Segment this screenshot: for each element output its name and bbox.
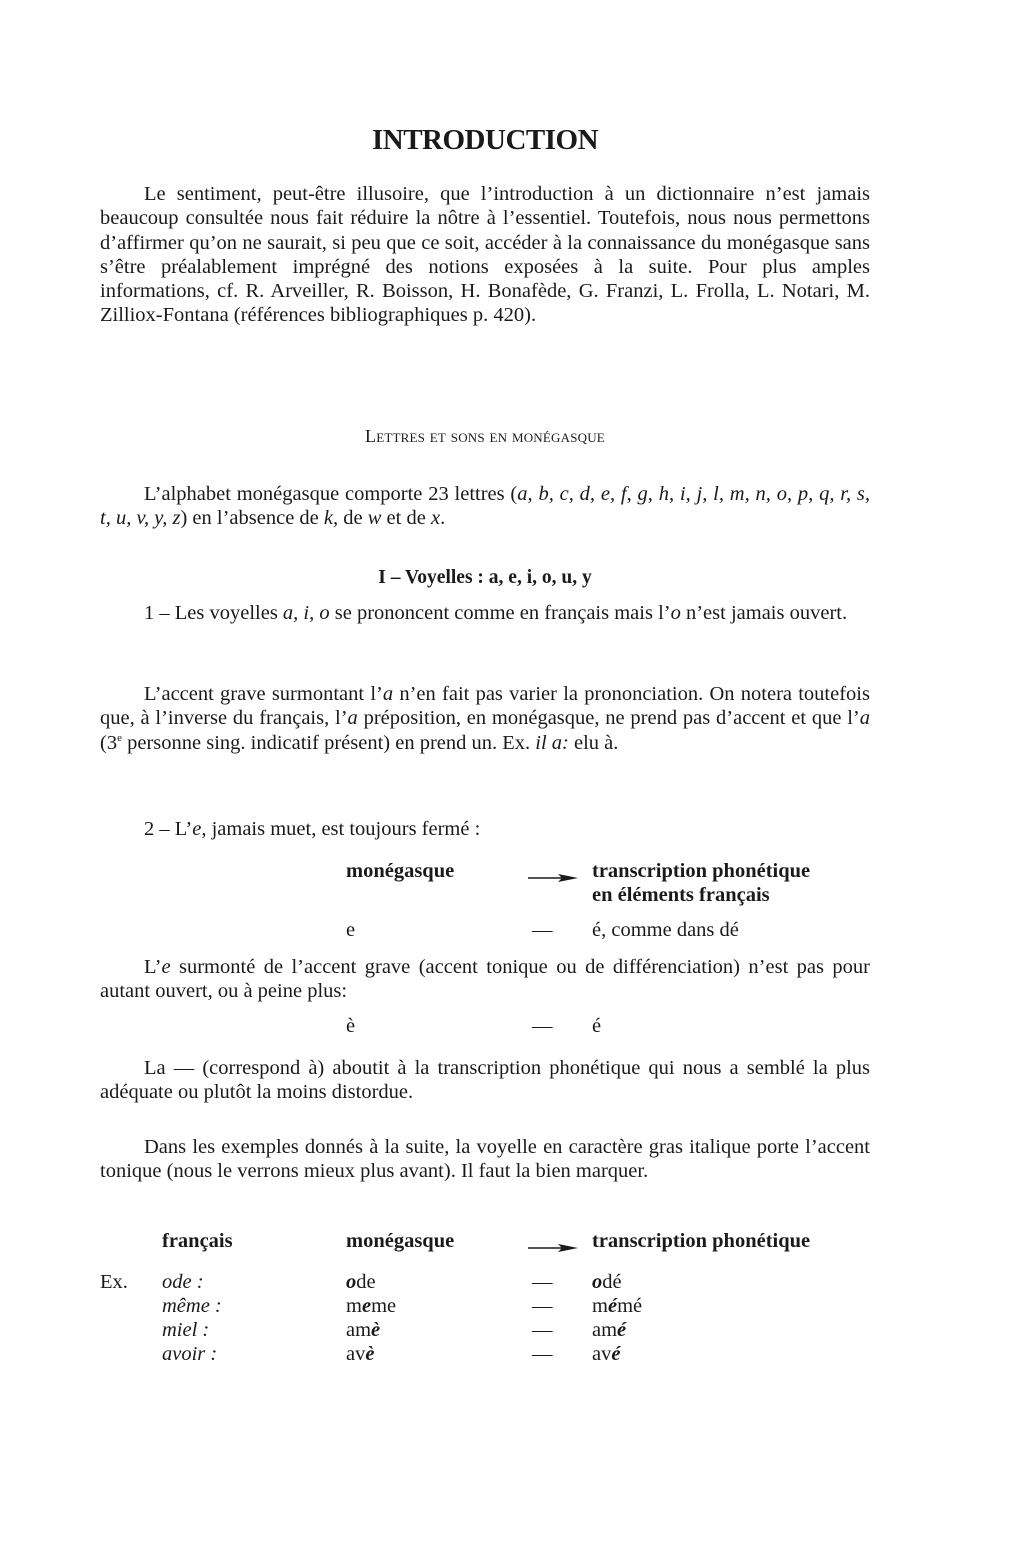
- text: n’est jamais ouvert.: [681, 602, 847, 624]
- dash-paragraph-text: La — (correspond à) aboutit à la transcr…: [100, 1057, 870, 1103]
- vowel-e: e: [192, 818, 201, 840]
- francais-word: même :: [162, 1294, 222, 1318]
- vowels-heading: I – Voyelles : a, e, i, o, u, y: [100, 566, 870, 590]
- stressed-vowel: o: [346, 1271, 356, 1293]
- text: mé: [617, 1295, 642, 1317]
- transcription-value: é, comme dans dé: [592, 918, 739, 942]
- col-transcription: transcription phonétique: [592, 1229, 810, 1253]
- correspondence-dash: —: [532, 1294, 553, 1318]
- text: am: [346, 1319, 371, 1341]
- intro-paragraph: Le sentiment, peut-être illusoire, que l…: [100, 182, 870, 328]
- text: elu à.: [569, 732, 619, 754]
- monegasque-word: meme: [346, 1294, 396, 1318]
- absent-letter-k: k: [324, 507, 333, 529]
- transcription-word: odé: [592, 1270, 622, 1294]
- examples-paragraph-text: Dans les exemples donnés à la suite, la …: [100, 1136, 870, 1182]
- stressed-vowel: è: [371, 1319, 380, 1341]
- stressed-vowel: é: [611, 1343, 620, 1365]
- examples-table-header: français monégasque transcription phonét…: [100, 1229, 870, 1253]
- table-e-header: monégasque transcription phonétique en é…: [100, 859, 870, 883]
- text: dé: [602, 1271, 621, 1293]
- table-row: même : meme — mémé: [100, 1294, 870, 1318]
- vowel-a: a: [860, 707, 870, 729]
- text: av: [346, 1343, 365, 1365]
- text: , jamais muet, est toujours fermé :: [201, 818, 480, 840]
- page-title: INTRODUCTION: [100, 128, 870, 152]
- alphabet-text-middle: ) en l’absence de: [180, 507, 323, 529]
- text: L’: [144, 956, 161, 978]
- vowel-o: o: [671, 602, 681, 624]
- text: 1 – Les voyelles: [144, 602, 283, 624]
- accent-paragraph: L’accent grave surmontant l’a n’en fait …: [100, 682, 870, 755]
- monegasque-value: è: [346, 1014, 355, 1038]
- table-row: ode : ode — odé: [100, 1270, 870, 1294]
- correspondence-dash: —: [532, 918, 553, 942]
- absent-letter-w: w: [368, 507, 382, 529]
- text: (3: [100, 732, 117, 754]
- stressed-vowel: e: [362, 1295, 371, 1317]
- monegasque-value: e: [346, 918, 355, 942]
- correspondence-dash: —: [532, 1318, 553, 1342]
- col-monegasque: monégasque: [346, 859, 454, 883]
- transcription-word: avé: [592, 1342, 620, 1366]
- text: me: [371, 1295, 396, 1317]
- text: se prononcent comme en français mais l’: [330, 602, 671, 624]
- table-row: è — é: [100, 1014, 870, 1038]
- text: de: [356, 1271, 375, 1293]
- vowel-a: a: [348, 707, 358, 729]
- arrow-right-icon: [528, 865, 580, 889]
- text: m: [346, 1295, 362, 1317]
- alphabet-text-prefix: L’alphabet monégasque comporte 23 lettre…: [144, 483, 517, 505]
- stressed-vowel: é: [617, 1319, 626, 1341]
- section-heading: Lettres et sons en monégasque: [100, 424, 870, 448]
- example-il-a: il a:: [535, 732, 569, 754]
- alphabet-sep: , de: [333, 507, 368, 529]
- table-row: e — é, comme dans dé: [100, 918, 870, 942]
- text: préposition, en monégasque, ne prend pas…: [358, 707, 860, 729]
- col-monegasque: monégasque: [346, 1229, 454, 1253]
- vowel-a: a: [383, 683, 393, 705]
- absent-letter-x: x: [431, 507, 440, 529]
- transcription-word: mémé: [592, 1294, 642, 1318]
- table-row: miel : amè — amé: [100, 1318, 870, 1342]
- text: av: [592, 1343, 611, 1365]
- examples-paragraph: Dans les exemples donnés à la suite, la …: [100, 1135, 870, 1184]
- text: surmonté de l’accent grave (accent toniq…: [100, 956, 870, 1002]
- table-row: avoir : avè — avé: [100, 1342, 870, 1366]
- vowel-rule-1: 1 – Les voyelles a, i, o se prononcent c…: [100, 601, 870, 625]
- alphabet-paragraph: L’alphabet monégasque comporte 23 lettre…: [100, 482, 870, 531]
- monegasque-word: avè: [346, 1342, 374, 1366]
- dash-paragraph: La — (correspond à) aboutit à la transcr…: [100, 1056, 870, 1105]
- text: 2 – L’: [144, 818, 192, 840]
- vowel-list: a, i, o: [283, 602, 330, 624]
- text: am: [592, 1319, 617, 1341]
- alphabet-sep: et de: [381, 507, 431, 529]
- vowel-e: e: [161, 956, 170, 978]
- stressed-vowel: o: [592, 1271, 602, 1293]
- col-francais: français: [162, 1229, 233, 1253]
- francais-word: miel :: [162, 1318, 209, 1342]
- alphabet-text-suffix: .: [440, 507, 445, 529]
- monegasque-word: amè: [346, 1318, 380, 1342]
- vowel-rule-2: 2 – L’e, jamais muet, est toujours fermé…: [100, 817, 870, 841]
- text: m: [592, 1295, 608, 1317]
- stressed-vowel: è: [365, 1343, 374, 1365]
- intro-paragraph-text: Le sentiment, peut-être illusoire, que l…: [100, 183, 870, 326]
- transcription-value: é: [592, 1014, 601, 1038]
- stressed-vowel: é: [608, 1295, 617, 1317]
- monegasque-word: ode: [346, 1270, 376, 1294]
- arrow-right-icon: [528, 1235, 580, 1259]
- e-grave-paragraph: L’e surmonté de l’accent grave (accent t…: [100, 955, 870, 1004]
- correspondence-dash: —: [532, 1342, 553, 1366]
- text: personne sing. indicatif présent) en pre…: [122, 732, 535, 754]
- francais-word: avoir :: [162, 1342, 217, 1366]
- col-transcription: transcription phonétique: [592, 859, 810, 883]
- col-transcription-line2: en éléments français: [592, 883, 770, 907]
- francais-word: ode :: [162, 1270, 204, 1294]
- correspondence-dash: —: [532, 1270, 553, 1294]
- text: L’accent grave surmontant l’: [144, 683, 383, 705]
- transcription-word: amé: [592, 1318, 626, 1342]
- correspondence-dash: —: [532, 1014, 553, 1038]
